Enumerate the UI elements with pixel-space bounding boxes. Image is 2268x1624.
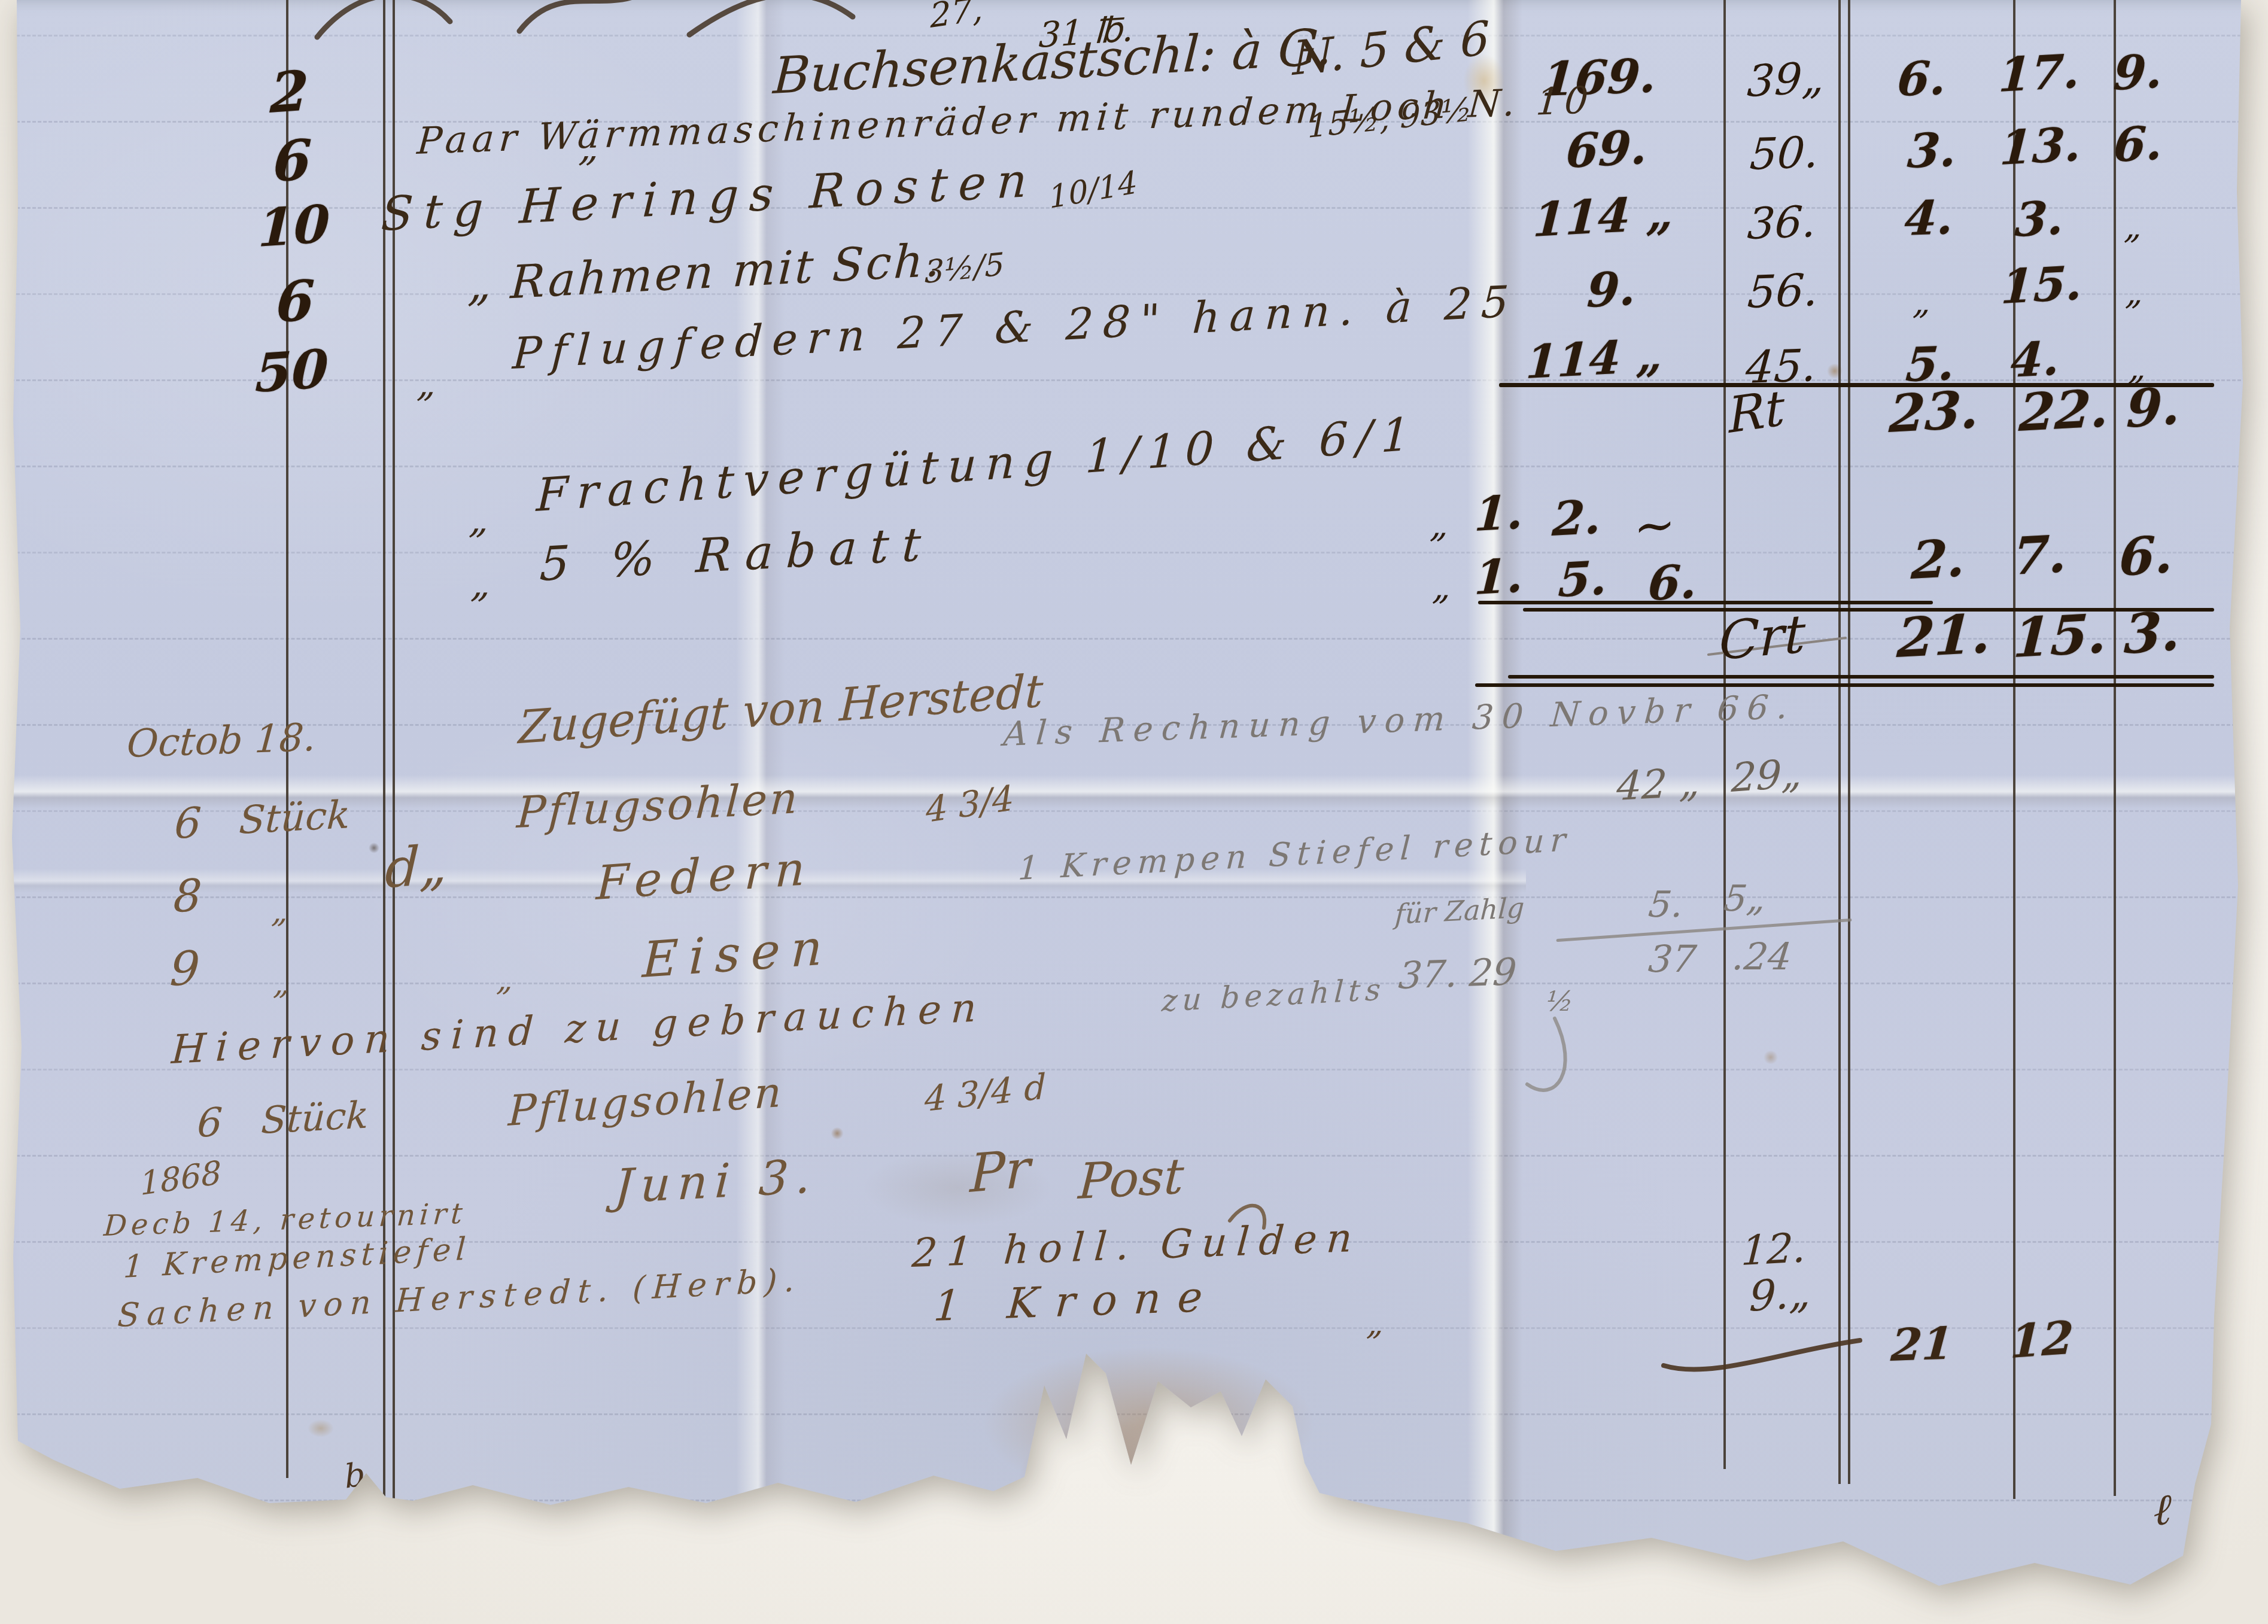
sohlen2-unit: Stück bbox=[260, 1096, 370, 1139]
paper-wrapper: 27, 31 ℔. 2 „ Buchsenkastschl: à G. N. 5… bbox=[0, 0, 2268, 1624]
krone-dash: „ bbox=[1366, 1307, 1386, 1340]
discount-amount-b: 5. bbox=[1557, 555, 1608, 604]
freight-label: Frachtvergütung 1/10 & 6/1 bbox=[536, 410, 1420, 518]
total-col2: 15. bbox=[2012, 606, 2108, 665]
gulden-amount: 12. bbox=[1740, 1228, 1807, 1272]
fold-crease-vertical-2 bbox=[1467, 0, 1522, 1624]
cutoff-stroke-2 bbox=[519, 0, 649, 31]
row1-amount2: 39„ bbox=[1746, 56, 1826, 103]
freight-amount-b: 2. bbox=[1551, 494, 1602, 543]
bottom-total-1: 21 bbox=[1890, 1321, 1954, 1368]
row1-description: Buchsenkastschl: à G. bbox=[772, 22, 1334, 101]
sohlen-qty: 6 bbox=[174, 801, 202, 845]
row4-fraction: 3½/5 bbox=[925, 249, 1004, 288]
row3-amount2: 36. bbox=[1746, 200, 1817, 245]
row2-col3: 6. bbox=[2112, 120, 2163, 169]
federn-dito: „ bbox=[270, 896, 290, 927]
federn-dito-mark: d„ bbox=[384, 838, 448, 896]
eisen-qty: 9 bbox=[169, 945, 201, 993]
pencil-sum-line bbox=[1556, 919, 1852, 942]
entry-pencil-note: Als Rechnung vom 30 Novbr 66. bbox=[1002, 691, 1797, 752]
discount-amount-a: 1. bbox=[1473, 552, 1524, 602]
discount-result-3: 6. bbox=[2118, 528, 2174, 584]
row5-qty: 50 bbox=[254, 342, 329, 400]
row3-col3: „ bbox=[2123, 211, 2144, 244]
freight-dito-mark: „ bbox=[468, 501, 491, 539]
krone-label: 1 Krone bbox=[932, 1275, 1221, 1327]
sohlen2-qty: 6 bbox=[196, 1103, 223, 1144]
row2-qty: 6 bbox=[272, 132, 312, 190]
row3-amount1: 114 „ bbox=[1532, 190, 1675, 244]
ruled-line bbox=[0, 983, 2268, 984]
subtotal-col1: 23. bbox=[1888, 384, 1980, 440]
total-col3: 3. bbox=[2123, 604, 2181, 662]
juni-pr: Pr bbox=[969, 1142, 1030, 1200]
row3-qty: 10 bbox=[257, 198, 330, 255]
row2-col2: 13. bbox=[1999, 121, 2082, 172]
total-label: Crt bbox=[1719, 607, 1806, 668]
subtotal-col2: 22. bbox=[2018, 383, 2110, 439]
freight-amount-a: 1. bbox=[1473, 489, 1524, 539]
row4-col3: „ bbox=[2124, 276, 2145, 310]
ruled-line bbox=[0, 1500, 2268, 1501]
eisen-pencil-note: zu bezahlts bbox=[1161, 974, 1386, 1016]
discount-result-1: 2. bbox=[1910, 533, 1966, 587]
row4-qty: 6 bbox=[275, 272, 315, 330]
federn-qty: 8 bbox=[172, 873, 203, 919]
column-line-pfennig bbox=[2114, 0, 2116, 1496]
row1-qty: 2 bbox=[269, 63, 309, 121]
row2-description: Paar Wärmmaschinenräder mit rundem Loch … bbox=[416, 81, 1594, 160]
federn-pencil-c: 37 bbox=[1647, 941, 1698, 978]
row4-amount2: 56. bbox=[1746, 268, 1820, 315]
column-line-double2-b bbox=[1848, 0, 1850, 1484]
tear-stain-large bbox=[981, 1346, 1317, 1502]
eisen-desc: Eisen bbox=[642, 923, 834, 986]
ledger-paper: 27, 31 ℔. 2 „ Buchsenkastschl: à G. N. 5… bbox=[0, 0, 2268, 1624]
column-line-amount bbox=[1723, 0, 1726, 1469]
sohlen2-size: 4 3/4 d bbox=[925, 1069, 1046, 1117]
federn-pencil-a: 5. bbox=[1647, 887, 1685, 923]
row5-amount1: 114 „ bbox=[1525, 333, 1664, 385]
krone-underline-flourish bbox=[1664, 1340, 1860, 1370]
row1-col3: 9. bbox=[2112, 48, 2163, 98]
total-rule-a bbox=[1508, 675, 2214, 679]
column-line-double2-a bbox=[1838, 0, 1841, 1484]
row2-col1: 3. bbox=[1906, 127, 1958, 175]
row2-amount1: 69. bbox=[1565, 124, 1649, 175]
bottom-total-2: 12 bbox=[2009, 1315, 2074, 1365]
eisen-pencil-frac: ½ bbox=[1545, 987, 1574, 1015]
row2-amount2: 50. bbox=[1749, 130, 1820, 176]
bottom-right-mark: ℓ bbox=[2153, 1487, 2172, 1532]
freight-pre-mark: „ bbox=[1429, 507, 1451, 542]
discount-amount-c: 6. bbox=[1647, 558, 1698, 608]
total-rule-b bbox=[1475, 683, 2214, 687]
sohlen-size: 4 3/4 bbox=[925, 780, 1014, 828]
discount-rule-b bbox=[1523, 608, 2214, 612]
cutoff-fragment-27: 27, bbox=[929, 0, 983, 34]
discount-label: 5 % Rabatt bbox=[539, 521, 935, 588]
ruled-line bbox=[0, 1069, 2268, 1070]
eisen-dito2: „ bbox=[495, 965, 515, 996]
fox-spot-5 bbox=[308, 1419, 334, 1437]
discount-rule-a bbox=[1478, 601, 1933, 604]
sohlen-amount2: 29„ bbox=[1731, 753, 1802, 798]
krone-amount: 9.„ bbox=[1749, 1271, 1811, 1318]
ruled-line bbox=[0, 896, 2268, 898]
scan-background: 27, 31 ℔. 2 „ Buchsenkastschl: à G. N. 5… bbox=[0, 0, 2268, 1624]
discount-result-2: 7. bbox=[2012, 528, 2068, 583]
fox-spot-4 bbox=[1763, 1051, 1778, 1064]
eisen-pencil-amount: 37. 29 bbox=[1397, 953, 1518, 995]
sohlen-unit: Stück bbox=[238, 796, 351, 840]
federn-pencil-b: 5„ bbox=[1722, 881, 1768, 917]
row4-col2: 15. bbox=[2000, 260, 2084, 311]
row5-dito-mark: „ bbox=[416, 366, 438, 402]
gulden-label: 21 holl. Gulden bbox=[911, 1218, 1363, 1273]
row1-col1: 6. bbox=[1896, 55, 1948, 104]
subtotal-label: Rt bbox=[1728, 384, 1786, 441]
juni-date: Juni 3. bbox=[613, 1153, 819, 1211]
juni-post: Post bbox=[1077, 1152, 1185, 1207]
entry-date: Octob 18. bbox=[126, 719, 317, 764]
subtotal-col3: 9. bbox=[2126, 380, 2181, 436]
row5-col2: 4. bbox=[2009, 335, 2060, 385]
eisen-dito: „ bbox=[272, 968, 291, 999]
bottom-left-mark: b bbox=[343, 1458, 366, 1494]
row3-col1: 4. bbox=[1903, 194, 1955, 243]
pencil-swash bbox=[1527, 1018, 1565, 1090]
row4-col1: „ bbox=[1912, 286, 1933, 320]
tear-stain-small bbox=[1017, 1418, 1197, 1544]
year-1868: 1868 bbox=[139, 1157, 222, 1200]
federn-pencil-d: .24 bbox=[1731, 938, 1793, 975]
freight-tilde: ~ bbox=[1634, 498, 1676, 553]
sohlen-amount1: 42 „ bbox=[1616, 762, 1701, 807]
row4-description: „ Rahmen mit Sch. bbox=[467, 237, 944, 308]
federn-pencil-note2: für Zahlg bbox=[1394, 893, 1525, 928]
hiervon-note: Hiervon sind zu gebrauchen bbox=[171, 987, 987, 1070]
row1-col2: 17. bbox=[1998, 48, 2081, 99]
row3-description: Stg Herings Rosten bbox=[380, 157, 1039, 238]
fox-spot-3 bbox=[369, 843, 379, 853]
row4-amount1: 9. bbox=[1586, 265, 1637, 315]
discount-dito-mark: „ bbox=[470, 565, 493, 603]
fox-spot-2 bbox=[831, 1127, 844, 1139]
row3-col2: 3. bbox=[2014, 194, 2065, 244]
discount-pre-mark: „ bbox=[1431, 570, 1453, 604]
total-col1: 21. bbox=[1896, 606, 1992, 665]
